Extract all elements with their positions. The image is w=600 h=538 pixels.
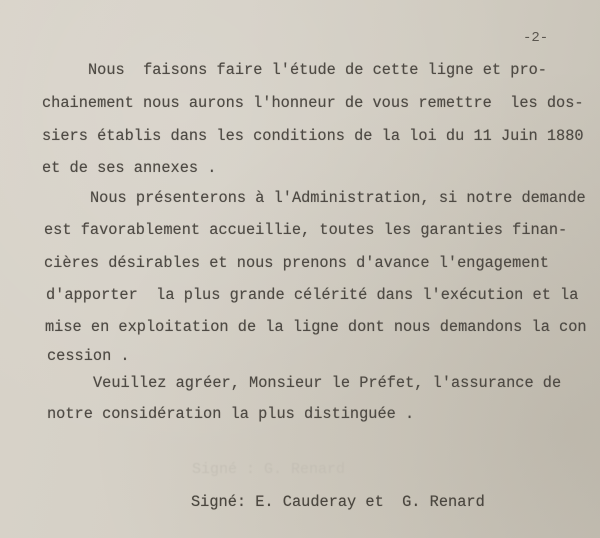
paragraph-2-line-1: Nous présenterons à l'Administration, si… — [90, 189, 586, 207]
paragraph-1-line-1: Nous faisons faire l'étude de cette lign… — [88, 61, 547, 79]
paragraph-3-line-1: Veuillez agréer, Monsieur le Préfet, l'a… — [93, 374, 561, 392]
paragraph-2-line-4: d'apporter la plus grande célérité dans … — [46, 286, 578, 304]
paragraph-3-line-2: notre considération la plus distinguée . — [47, 405, 414, 423]
paragraph-2-line-6: cession . — [47, 347, 130, 365]
paragraph-2-line-3: cières désirables et nous prenons d'avan… — [44, 254, 549, 272]
ghost-show-through-text: Signé : G. Renard — [192, 461, 345, 478]
signature-line: Signé: E. Cauderay et G. Renard — [191, 493, 485, 511]
page-number: -2- — [523, 30, 548, 46]
paragraph-1-line-3: siers établis dans les conditions de la … — [42, 127, 584, 145]
paragraph-1-line-4: et de ses annexes . — [42, 159, 216, 177]
paragraph-1-line-2: chainement nous aurons l'honneur de vous… — [42, 94, 584, 112]
paragraph-2-line-2: est favorablement accueillie, toutes les… — [44, 221, 567, 239]
paragraph-2-line-5: mise en exploitation de la ligne dont no… — [45, 318, 587, 336]
